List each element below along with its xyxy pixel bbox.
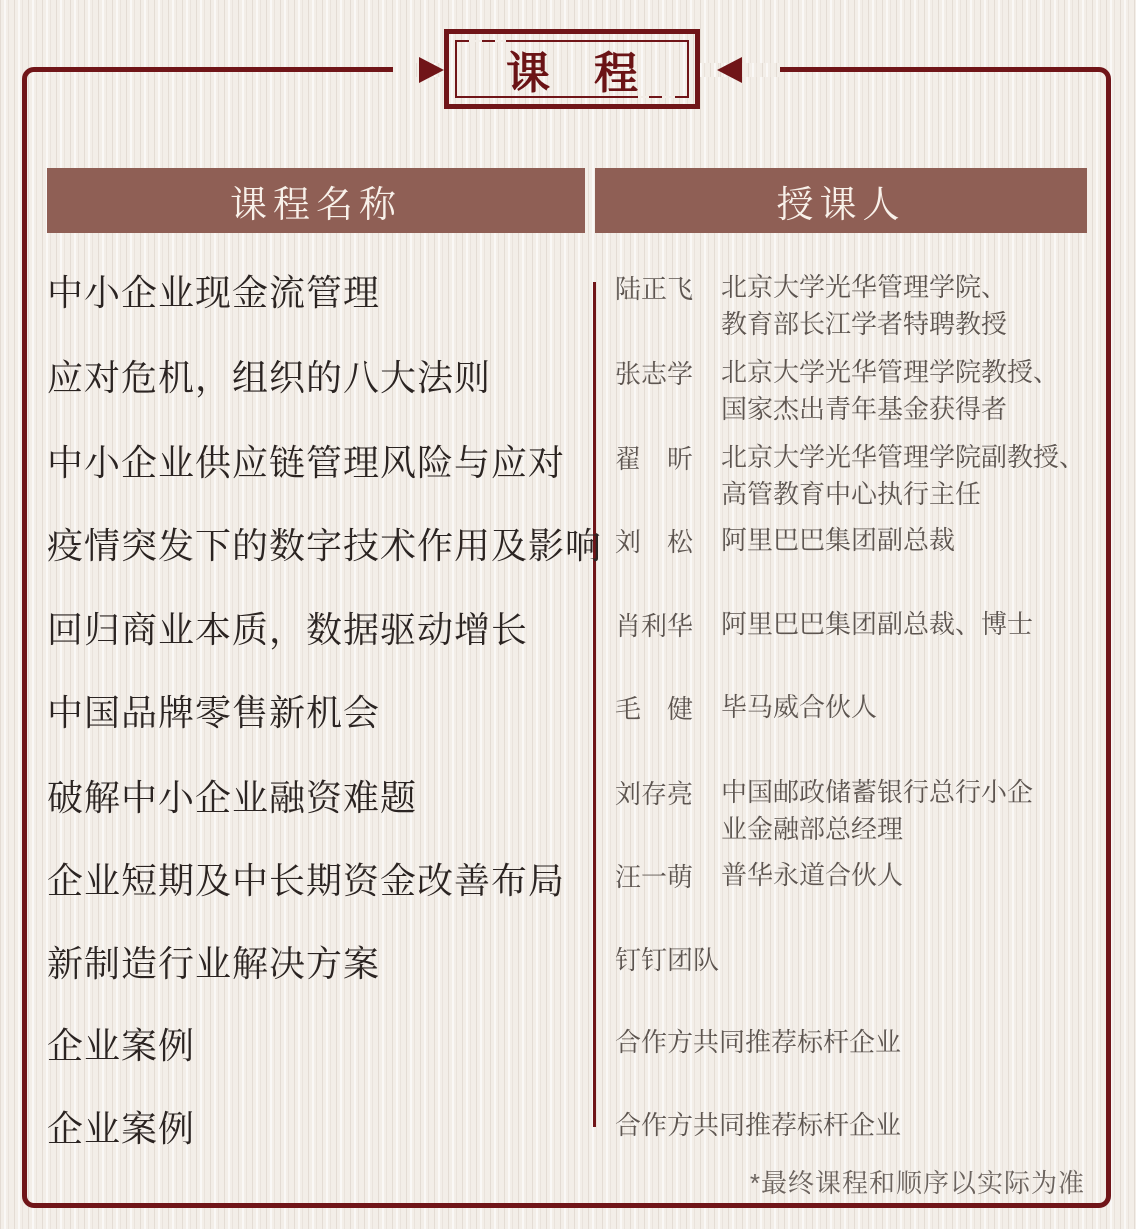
instructor-title: 普华永道合伙人 bbox=[721, 857, 1099, 894]
instructor-name: 陆正飞 bbox=[615, 269, 694, 306]
instructor-title: 北京大学光华管理学院、 教育部长江学者特聘教授 bbox=[721, 269, 1099, 343]
course-name: 中国品牌零售新机会 bbox=[47, 685, 380, 736]
instructor-name: 合作方共同推荐标杆企业 bbox=[615, 1105, 901, 1142]
instructor-name: 翟 昕 bbox=[615, 439, 694, 476]
course-name: 新制造行业解决方案 bbox=[47, 936, 380, 987]
instructor-title: 中国邮政储蓄银行总行小企 业金融部总经理 bbox=[721, 774, 1099, 848]
footnote: *最终课程和顺序以实际为准 bbox=[750, 1163, 1085, 1200]
title-banner: 课 程 bbox=[444, 29, 700, 109]
instructor-title: 北京大学光华管理学院教授、 国家杰出青年基金获得者 bbox=[721, 354, 1099, 428]
table-row: 破解中小企业融资难题 刘存亮中国邮政储蓄银行总行小企 业金融部总经理 bbox=[47, 770, 1088, 850]
instructor-name: 钉钉团队 bbox=[615, 940, 719, 977]
course-name: 应对危机，组织的八大法则 bbox=[47, 350, 491, 401]
course-name: 疫情突发下的数字技术作用及影响 bbox=[47, 518, 602, 569]
instructor-name: 汪一萌 bbox=[615, 857, 694, 894]
course-name: 破解中小企业融资难题 bbox=[47, 770, 417, 821]
instructor-title: 毕马威合伙人 bbox=[721, 689, 1099, 726]
instructor-name: 刘存亮 bbox=[615, 774, 694, 811]
course-name: 企业案例 bbox=[47, 1101, 195, 1152]
table-row: 中小企业供应链管理风险与应对 翟 昕北京大学光华管理学院副教授、 高管教育中心执… bbox=[47, 435, 1088, 515]
table-row: 企业案例 合作方共同推荐标杆企业 bbox=[47, 1018, 1088, 1098]
instructor-title: 阿里巴巴集团副总裁、博士 bbox=[721, 606, 1099, 643]
course-name: 回归商业本质，数据驱动增长 bbox=[47, 602, 528, 653]
table-row: 中国品牌零售新机会 毛 健毕马威合伙人 bbox=[47, 685, 1088, 765]
course-name: 企业短期及中长期资金改善布局 bbox=[47, 853, 565, 904]
arrow-left-icon bbox=[717, 57, 742, 83]
instructor-title: 阿里巴巴集团副总裁 bbox=[721, 522, 1099, 559]
column-header-course: 课程名称 bbox=[47, 168, 585, 233]
course-name: 企业案例 bbox=[47, 1018, 195, 1069]
instructor-title: 北京大学光华管理学院副教授、 高管教育中心执行主任 bbox=[721, 439, 1099, 513]
instructor-name: 刘 松 bbox=[615, 522, 694, 559]
course-name: 中小企业供应链管理风险与应对 bbox=[47, 435, 565, 486]
instructor-name: 合作方共同推荐标杆企业 bbox=[615, 1022, 901, 1059]
arrow-right-icon bbox=[419, 57, 444, 83]
column-header-instructor: 授课人 bbox=[595, 168, 1087, 233]
instructor-name: 肖利华 bbox=[615, 606, 694, 643]
table-row: 企业短期及中长期资金改善布局 汪一萌普华永道合伙人 bbox=[47, 853, 1088, 933]
course-name: 中小企业现金流管理 bbox=[47, 265, 380, 316]
table-row: 回归商业本质，数据驱动增长 肖利华阿里巴巴集团副总裁、博士 bbox=[47, 602, 1088, 682]
table-row: 疫情突发下的数字技术作用及影响 刘 松阿里巴巴集团副总裁 bbox=[47, 518, 1088, 598]
page-title: 课 程 bbox=[449, 34, 695, 104]
table-row: 应对危机，组织的八大法则 张志学北京大学光华管理学院教授、 国家杰出青年基金获得… bbox=[47, 350, 1088, 430]
table-row: 新制造行业解决方案 钉钉团队 bbox=[47, 936, 1088, 1016]
table-row: 中小企业现金流管理 陆正飞北京大学光华管理学院、 教育部长江学者特聘教授 bbox=[47, 265, 1088, 345]
instructor-name: 毛 健 bbox=[615, 689, 694, 726]
instructor-name: 张志学 bbox=[615, 354, 694, 391]
